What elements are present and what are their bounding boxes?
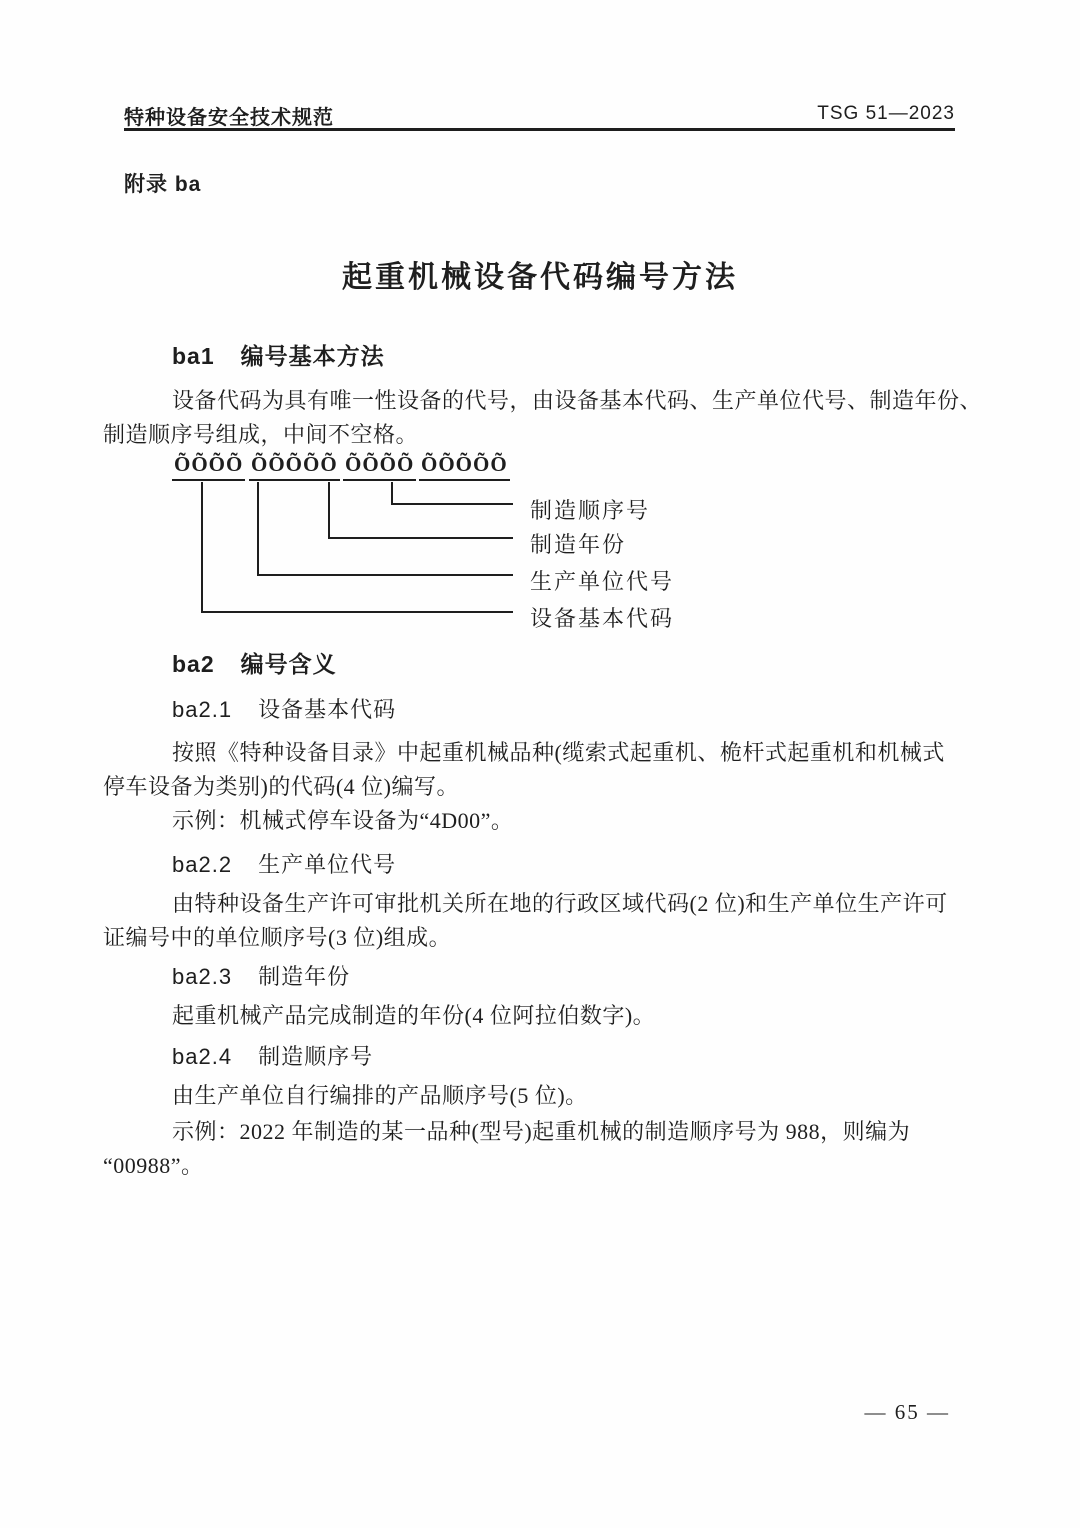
- header-doc-title: 特种设备安全技术规范: [124, 101, 334, 130]
- ba1-paragraph-line: 制造顺序号组成，中间不空格。: [103, 418, 418, 449]
- document-page: 特种设备安全技术规范 TSG 51—2023 附录 ba 起重机械设备代码编号方…: [0, 0, 1080, 1528]
- ba2-4-example-line: “00988”。: [103, 1149, 204, 1180]
- appendix-label: 附录 ba: [124, 168, 201, 198]
- ba2-2-paragraph-line: 由特种设备生产许可审批机关所在地的行政区域代码(2 位)和生产单位生产许可: [172, 887, 948, 918]
- heading-ba2-number: ba2: [172, 651, 215, 678]
- diagram-label-year: 制造年份: [530, 528, 626, 559]
- heading-ba2-1: ba2.1设备基本代码: [172, 693, 396, 724]
- footer-page-number: — 65 —: [865, 1400, 951, 1425]
- connector-line-basic: [201, 482, 513, 613]
- ba2-4-example-line: 示例：2022 年制造的某一品种(型号)起重机械的制造顺序号为 988，则编为: [172, 1115, 910, 1146]
- code-group-year: ÕÕÕÕ: [343, 451, 416, 481]
- ba1-paragraph-line: 设备代码为具有唯一性设备的代号，由设备基本代码、生产单位代号、制造年份、: [172, 384, 982, 415]
- heading-ba2-text: 编号含义: [241, 651, 337, 677]
- heading-ba2-3-number: ba2.3: [172, 964, 232, 990]
- header-rule: [124, 128, 955, 131]
- heading-ba2-3-text: 制造年份: [258, 964, 350, 989]
- code-group-basic: ÕÕÕÕ: [172, 451, 245, 481]
- diagram-label-basic: 设备基本代码: [530, 602, 674, 633]
- heading-ba2-1-number: ba2.1: [172, 697, 232, 723]
- code-group-unit: ÕÕÕÕÕ: [249, 451, 340, 481]
- heading-ba2-2-number: ba2.2: [172, 852, 232, 878]
- heading-ba2-4-text: 制造顺序号: [258, 1044, 373, 1069]
- ba2-2-paragraph-line: 证编号中的单位顺序号(3 位)组成。: [103, 921, 451, 952]
- heading-ba2-4-number: ba2.4: [172, 1044, 232, 1070]
- ba2-4-paragraph-line: 由生产单位自行编排的产品顺序号(5 位)。: [172, 1079, 588, 1110]
- diagram-label-sequence: 制造顺序号: [530, 494, 650, 525]
- heading-ba2-4: ba2.4制造顺序号: [172, 1040, 373, 1071]
- ba2-1-paragraph-line: 停车设备为类别)的代码(4 位)编写。: [103, 770, 459, 801]
- heading-ba2-2-text: 生产单位代号: [258, 852, 396, 877]
- heading-ba2: ba2编号含义: [172, 646, 337, 679]
- heading-ba2-2: ba2.2生产单位代号: [172, 848, 396, 879]
- code-group-sequence: ÕÕÕÕÕ: [419, 451, 510, 481]
- heading-ba1-text: 编号基本方法: [241, 343, 385, 369]
- heading-ba1: ba1编号基本方法: [172, 338, 385, 371]
- heading-ba2-1-text: 设备基本代码: [258, 697, 396, 722]
- ba2-1-example-line: 示例：机械式停车设备为“4D00”。: [172, 804, 513, 835]
- header-doc-number: TSG 51—2023: [817, 103, 955, 125]
- page-title: 起重机械设备代码编号方法: [0, 252, 1080, 296]
- diagram-label-unit: 生产单位代号: [530, 565, 674, 596]
- ba2-1-paragraph-line: 按照《特种设备目录》中起重机械品种(缆索式起重机、桅杆式起重机和机械式: [172, 736, 945, 767]
- ba2-3-paragraph-line: 起重机械产品完成制造的年份(4 位阿拉伯数字)。: [172, 999, 655, 1030]
- heading-ba2-3: ba2.3制造年份: [172, 960, 350, 991]
- heading-ba1-number: ba1: [172, 343, 215, 370]
